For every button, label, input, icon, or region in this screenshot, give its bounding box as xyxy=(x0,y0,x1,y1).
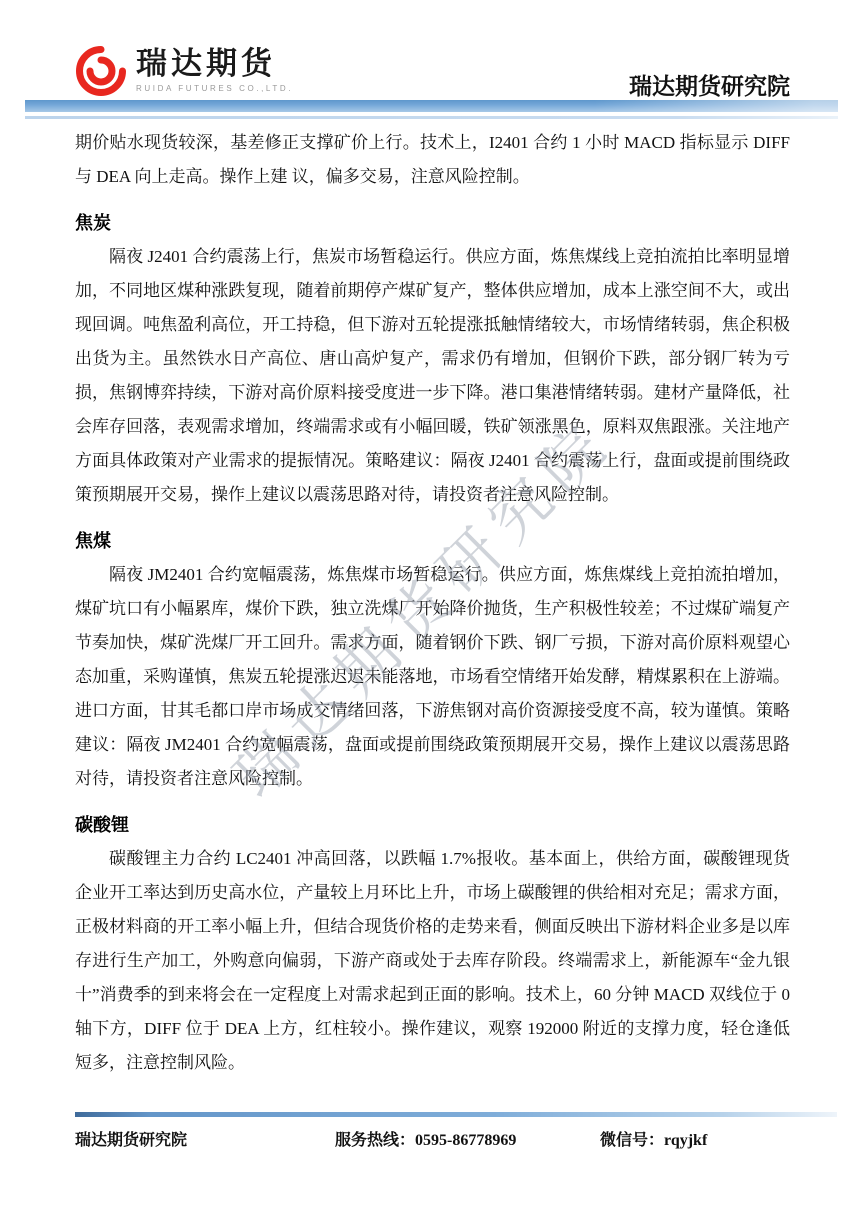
header-divider-bar xyxy=(25,100,838,112)
footer-wechat-label: 微信号： xyxy=(600,1132,664,1149)
footer-org-name: 瑞达期货研究院 xyxy=(75,1127,187,1150)
footer-hotline-number: 0595-86778969 xyxy=(415,1132,516,1149)
section-body-lithium-carbonate: 碳酸锂主力合约 LC2401 冲高回落，以跌幅 1.7%报收。基本面上，供给方面… xyxy=(75,842,790,1080)
section-heading-lithium-carbonate: 碳酸锂 xyxy=(75,808,790,842)
section-heading-coke: 焦炭 xyxy=(75,206,790,240)
brand-subtitle: RUIDA FUTURES CO.,LTD. xyxy=(136,84,293,93)
header-title: 瑞达期货研究院 xyxy=(629,68,790,101)
footer-hotline: 服务热线：0595-86778969 xyxy=(335,1127,516,1150)
brand-logo: 瑞达期货 RUIDA FUTURES CO.,LTD. xyxy=(74,44,293,98)
report-body: 期价贴水现货较深，基差修正支撑矿价上行。技术上，I2401 合约 1 小时 MA… xyxy=(75,126,790,1080)
section-body-coke: 隔夜 J2401 合约震荡上行，焦炭市场暂稳运行。供应方面，炼焦煤线上竞拍流拍比… xyxy=(75,240,790,512)
section-body-coking-coal: 隔夜 JM2401 合约宽幅震荡，炼焦煤市场暂稳运行。供应方面，炼焦煤线上竞拍流… xyxy=(75,558,790,796)
footer-wechat-id: rqyjkf xyxy=(664,1132,707,1149)
section-heading-coking-coal: 焦煤 xyxy=(75,524,790,558)
document-page: 瑞达期货 RUIDA FUTURES CO.,LTD. 瑞达期货研究院 瑞达期货… xyxy=(0,0,860,1217)
intro-paragraph: 期价贴水现货较深，基差修正支撑矿价上行。技术上，I2401 合约 1 小时 MA… xyxy=(75,126,790,194)
header-divider-thin-line xyxy=(25,116,838,119)
footer-hotline-label: 服务热线： xyxy=(335,1132,415,1149)
brand-name: 瑞达期货 xyxy=(136,46,293,82)
ruida-logo-icon xyxy=(74,44,128,98)
footer-divider xyxy=(75,1112,837,1117)
footer: 瑞达期货研究院 服务热线：0595-86778969 微信号：rqyjkf xyxy=(75,1127,787,1149)
brand-text-block: 瑞达期货 RUIDA FUTURES CO.,LTD. xyxy=(136,46,293,93)
footer-wechat: 微信号：rqyjkf xyxy=(600,1127,707,1150)
